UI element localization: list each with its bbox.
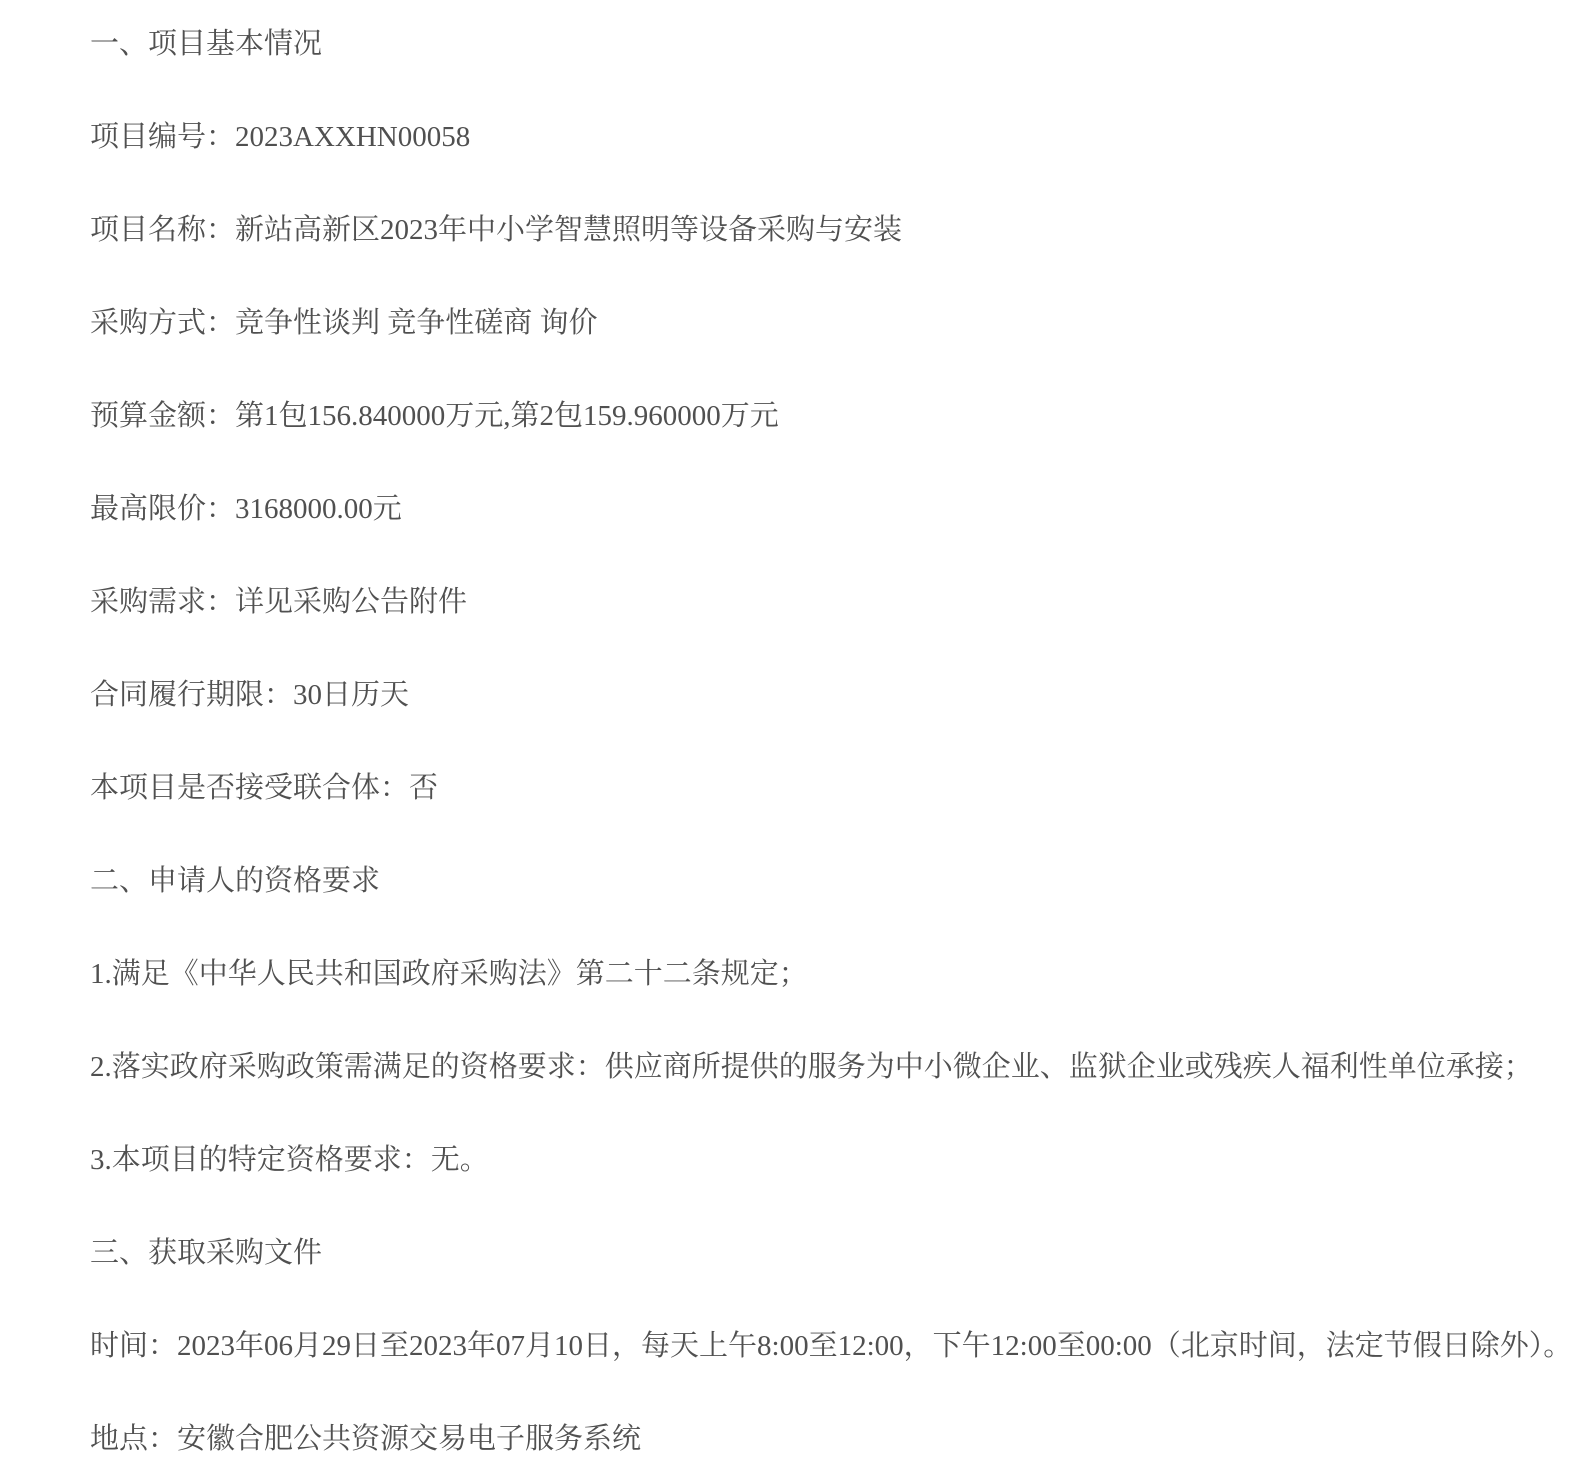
field-value: 新站高新区2023年中小学智慧照明等设备采购与安装 <box>235 214 902 246</box>
field-label: 最高限价： <box>90 493 235 525</box>
field-accept-consortium: 本项目是否接受联合体：否 <box>90 773 1561 803</box>
field-value: 第1包156.840000万元,第2包159.960000万元 <box>235 400 779 432</box>
field-value: 2023AXXHN00058 <box>235 121 470 153</box>
field-value: 竞争性谈判 竞争性磋商 询价 <box>235 307 598 339</box>
field-label: 预算金额： <box>90 400 235 432</box>
field-value: 2023年06月29日至2023年07月10日，每天上午8:00至12:00，下… <box>177 1330 1572 1362</box>
field-label: 采购需求： <box>90 586 235 618</box>
field-label: 时间： <box>90 1330 177 1362</box>
field-label: 本项目是否接受联合体： <box>90 772 409 804</box>
field-value: 安徽合肥公共资源交易电子服务系统 <box>177 1423 641 1455</box>
qualification-item-3: 3.本项目的特定资格要求：无。 <box>90 1145 1561 1175</box>
field-acquisition-location: 地点：安徽合肥公共资源交易电子服务系统 <box>90 1424 1561 1454</box>
qualification-item-1: 1.满足《中华人民共和国政府采购法》第二十二条规定； <box>90 959 1561 989</box>
field-procurement-demand: 采购需求：详见采购公告附件 <box>90 587 1561 617</box>
field-label: 采购方式： <box>90 307 235 339</box>
heading-document-acquisition: 三、获取采购文件 <box>90 1238 1561 1268</box>
field-label: 项目编号： <box>90 121 235 153</box>
heading-basic-info: 一、项目基本情况 <box>90 29 1561 59</box>
heading-qualification-requirements: 二、申请人的资格要求 <box>90 866 1561 896</box>
field-value: 详见采购公告附件 <box>235 586 467 618</box>
field-max-price-limit: 最高限价：3168000.00元 <box>90 494 1561 524</box>
field-budget-amount: 预算金额：第1包156.840000万元,第2包159.960000万元 <box>90 401 1561 431</box>
field-contract-period: 合同履行期限：30日历天 <box>90 680 1561 710</box>
field-value: 3168000.00元 <box>235 493 402 525</box>
field-procurement-method: 采购方式：竞争性谈判 竞争性磋商 询价 <box>90 308 1561 338</box>
qualification-item-2: 2.落实政府采购政策需满足的资格要求：供应商所提供的服务为中小微企业、监狱企业或… <box>90 1052 1561 1082</box>
field-acquisition-time: 时间：2023年06月29日至2023年07月10日，每天上午8:00至12:0… <box>90 1331 1561 1361</box>
field-value: 30日历天 <box>293 679 409 711</box>
procurement-announcement-document: 一、项目基本情况 项目编号：2023AXXHN00058 项目名称：新站高新区2… <box>0 0 1591 1454</box>
field-label: 地点： <box>90 1423 177 1455</box>
field-project-name: 项目名称：新站高新区2023年中小学智慧照明等设备采购与安装 <box>90 215 1561 245</box>
field-label: 合同履行期限： <box>90 679 293 711</box>
field-value: 否 <box>409 772 438 804</box>
field-project-number: 项目编号：2023AXXHN00058 <box>90 122 1561 152</box>
field-label: 项目名称： <box>90 214 235 246</box>
